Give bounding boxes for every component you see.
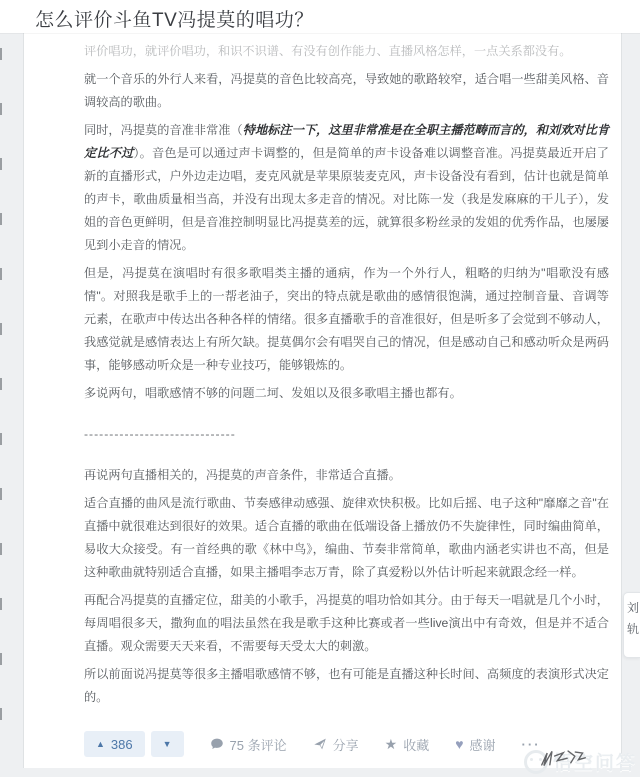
comments-button[interactable]: 75 条评论 — [210, 735, 287, 754]
answer-paragraph-pitch: 同时，冯提莫的音准非常准（特地标注一下，这里非常准是在全职主播范畴而言的，和刘欢… — [84, 119, 609, 257]
question-title: 怎么评价斗鱼TV冯提莫的唱功？ — [35, 5, 314, 32]
comments-label: 75 条评论 — [230, 735, 287, 754]
question-title-bar: 怎么评价斗鱼TV冯提莫的唱功？ — [0, 0, 640, 33]
answer-card: 评价唱功，就评价唱功，和识不识谱、有没有创作能力、直播风格怎样，一点关系都没有。… — [23, 33, 622, 768]
downvote-button[interactable]: ▼ — [151, 731, 184, 757]
clipped-side-popup[interactable]: 刘 轨 — [623, 592, 640, 658]
comment-bubble-icon — [210, 737, 224, 751]
answer-paragraph-emotion: 但是，冯提莫在演唱时有很多歌唱类主播的通病，作为一个外行人，粗略的归纳为"唱歌没… — [84, 262, 609, 377]
star-icon: ★ — [385, 737, 398, 751]
thanks-button[interactable]: ♥ 感谢 — [455, 735, 495, 754]
thanks-label: 感谢 — [470, 735, 496, 754]
answer-body: 评价唱功，就评价唱功，和识不识谱、有没有创作能力、直播风格怎样，一点关系都没有。… — [84, 40, 609, 709]
share-plane-icon — [313, 737, 327, 751]
share-button[interactable]: 分享 — [313, 735, 359, 754]
pitch-text-post: ）。音色是可以通过声卡调整的，但是简单的声卡设备难以调整音准。冯提莫最近开启了新… — [84, 146, 609, 252]
answer-intro-line: 评价唱功，就评价唱功，和识不识谱、有没有创作能力、直播风格怎样，一点关系都没有。 — [84, 40, 609, 63]
upvote-count: 386 — [111, 737, 133, 752]
answer-paragraph-tone: 就一个音乐的外行人来看，冯提莫的音色比较高亮，导致她的歌路较窄，适合唱一些甜美风… — [84, 68, 609, 114]
collect-button[interactable]: ★ 收藏 — [385, 735, 430, 754]
pitch-text-pre: 同时，冯提莫的音准非常准（ — [84, 123, 243, 137]
side-popup-char-bottom: 轨 — [627, 623, 640, 635]
answer-paragraph-position: 再配合冯提莫的直播定位，甜美的小歌手，冯提莫的唱功恰如其分。由于每天一唱就是几个… — [84, 589, 609, 658]
heart-icon: ♥ — [455, 737, 463, 751]
side-popup-char-top: 刘 — [627, 602, 640, 614]
answer-paragraph-style: 适合直播的曲风是流行歌曲、节奏感律动感强、旋律欢快积极。比如后摇、电子这种"靡靡… — [84, 492, 609, 584]
answer-paragraph-aside: 多说两句，唱歌感情不够的问题二坷、发姐以及很多歌唱主播也都有。 — [84, 382, 609, 405]
dashed-separator: ------------------------------ — [84, 423, 609, 446]
left-edge-artifact — [0, 48, 2, 738]
collect-label: 收藏 — [403, 735, 429, 754]
upvote-arrow-icon: ▲ — [96, 740, 105, 749]
answer-paragraph-conclusion: 所以前面说冯提莫等很多主播唱歌感情不够，也有可能是直播这种长时间、高频度的表演形… — [84, 663, 609, 709]
downvote-arrow-icon: ▼ — [163, 740, 172, 749]
answer-paragraph-live-intro: 再说两句直播相关的，冯提莫的声音条件，非常适合直播。 — [84, 464, 609, 487]
upvote-button[interactable]: ▲ 386 — [84, 731, 145, 757]
share-label: 分享 — [333, 735, 359, 754]
